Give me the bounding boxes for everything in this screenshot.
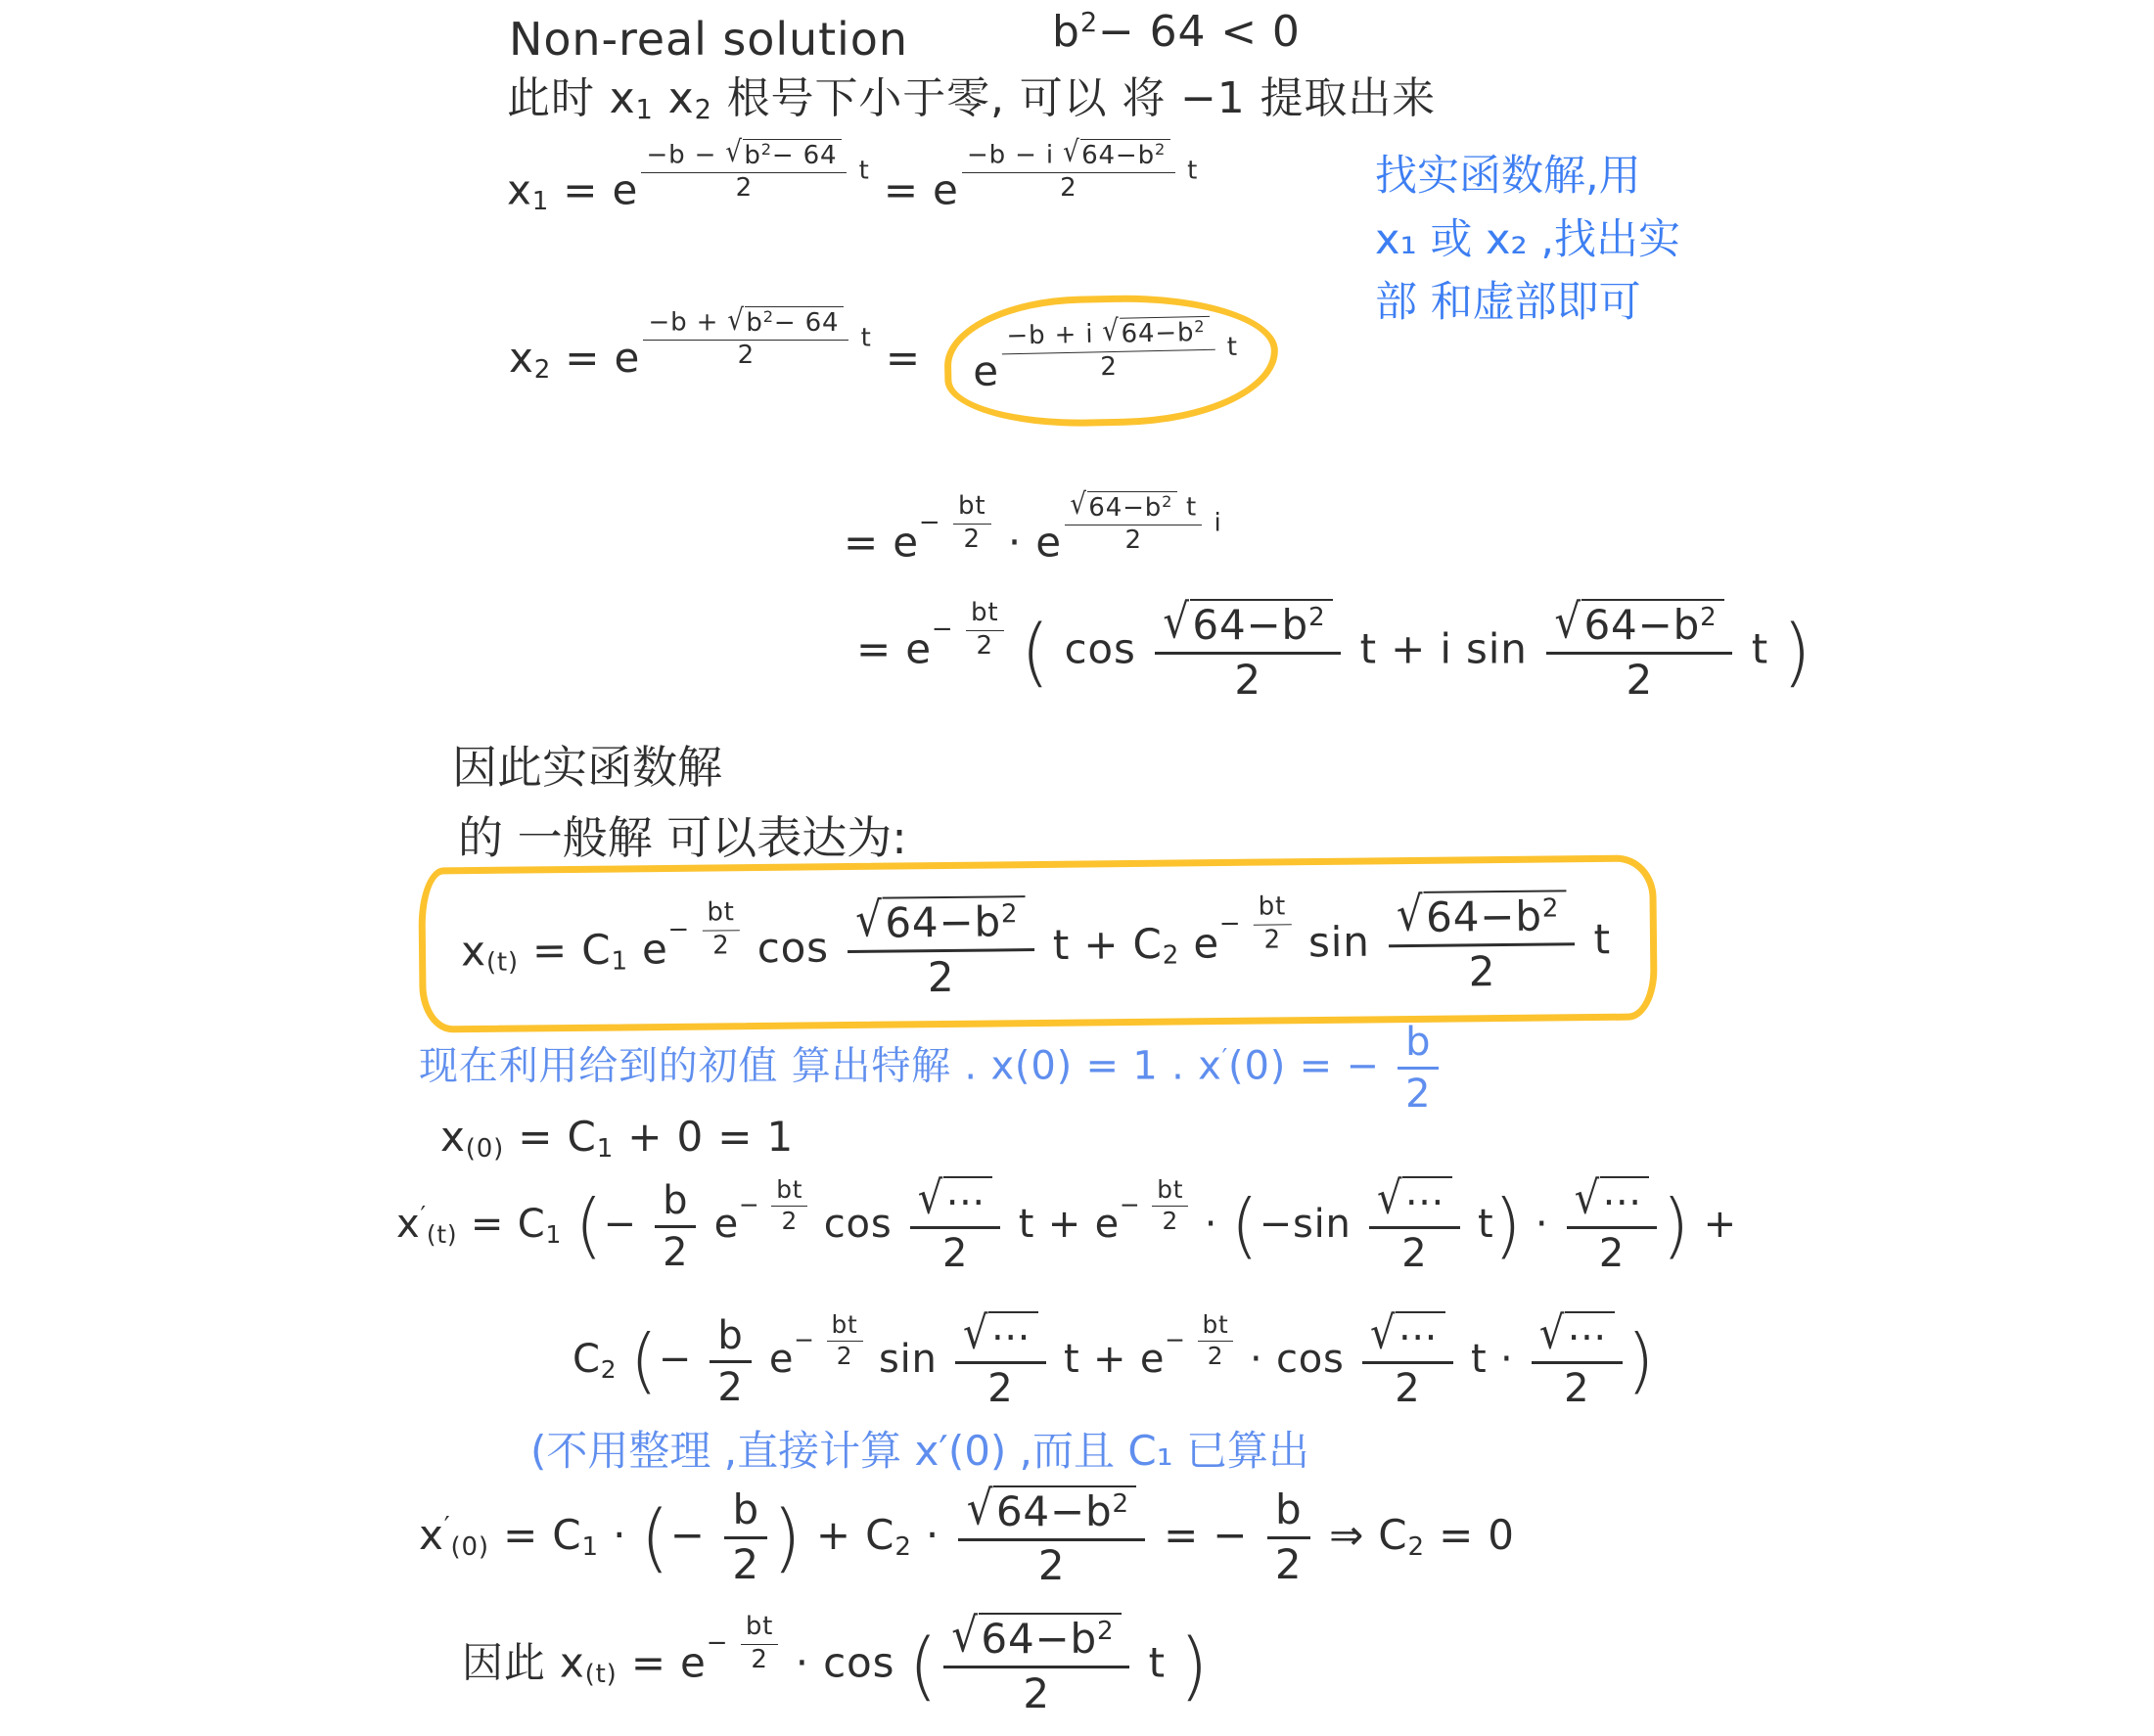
conclusion-text-1: 因此实函数解: [452, 732, 722, 797]
formula-x2-left: x2 = e−b + √b2− 642 t =: [509, 334, 935, 382]
formula-x2-circled: e−b + i √64−b22 t: [973, 343, 1239, 396]
formula-expansion: = e− bt2 · e√64−b2 t2 i: [844, 491, 1222, 567]
formula-euler: = e− bt2 ( cos √64−b22 t + i sin √64−b22…: [856, 599, 1812, 704]
formula-xprime-at-0: x′(0) = C1 · (− b2) + C2 · √64−b22 = − b…: [419, 1485, 1515, 1590]
annotation-blue-line3: 部 和虚部即可: [1375, 271, 1680, 335]
annotation-derivative-note: (不用整理 ,直接计算 x′(0) ,而且 C₁ 已算出: [530, 1419, 1309, 1478]
conclusion-text-2: 的 一般解 可以表达为:: [458, 802, 907, 867]
formula-derivative-part1: x′(t) = C1 (− b2 e− bt2 cos √⋯2 t + e− b…: [396, 1176, 1737, 1276]
annotation-blue-line1: 找实函数解,用: [1375, 145, 1680, 208]
formula-x2: x2 = e−b + √b2− 642 t = e−b + i √64−b22 …: [509, 296, 1278, 426]
title-english: Non-real solution: [509, 14, 908, 66]
note-intro: 此时 x1 x2 根号下小于零, 可以 将 −1 提取出来: [507, 74, 1436, 125]
highlight-box: x(t) = C1 e− bt2 cos √64−b22 t + C2 e− b…: [418, 854, 1658, 1032]
annotation-blue-line2: x₁ 或 x₂ ,找出实: [1375, 208, 1680, 272]
title-condition: b2− 64 < 0: [1052, 8, 1301, 58]
formula-x-at-0: x(0) = C1 + 0 = 1: [440, 1114, 794, 1165]
annotation-blue-right: 找实函数解,用 x₁ 或 x₂ ,找出实 部 和虚部即可: [1375, 145, 1680, 335]
formula-x1: x1 = e−b − √b2− 642 t = e−b − i √64−b22 …: [507, 139, 1198, 217]
annotation-initial-conditions: 现在利用给到的初值 算出特解 . x(0) = 1 . x′(0) = − b2: [419, 1020, 1444, 1117]
highlight-circle: e−b + i √64−b22 t: [943, 292, 1280, 429]
handwritten-notes-page: Non-real solution b2− 64 < 0 此时 x1 x2 根号…: [0, 0, 2154, 1736]
formula-derivative-part2: C2 (− b2 e− bt2 sin √⋯2 t + e− bt2 · cos…: [573, 1311, 1655, 1411]
formula-final-solution: 因此 x(t) = e− bt2 · cos (√64−b22 t ): [462, 1613, 1209, 1717]
formula-general-solution: x(t) = C1 e− bt2 cos √64−b22 t + C2 e− b…: [461, 890, 1612, 1006]
